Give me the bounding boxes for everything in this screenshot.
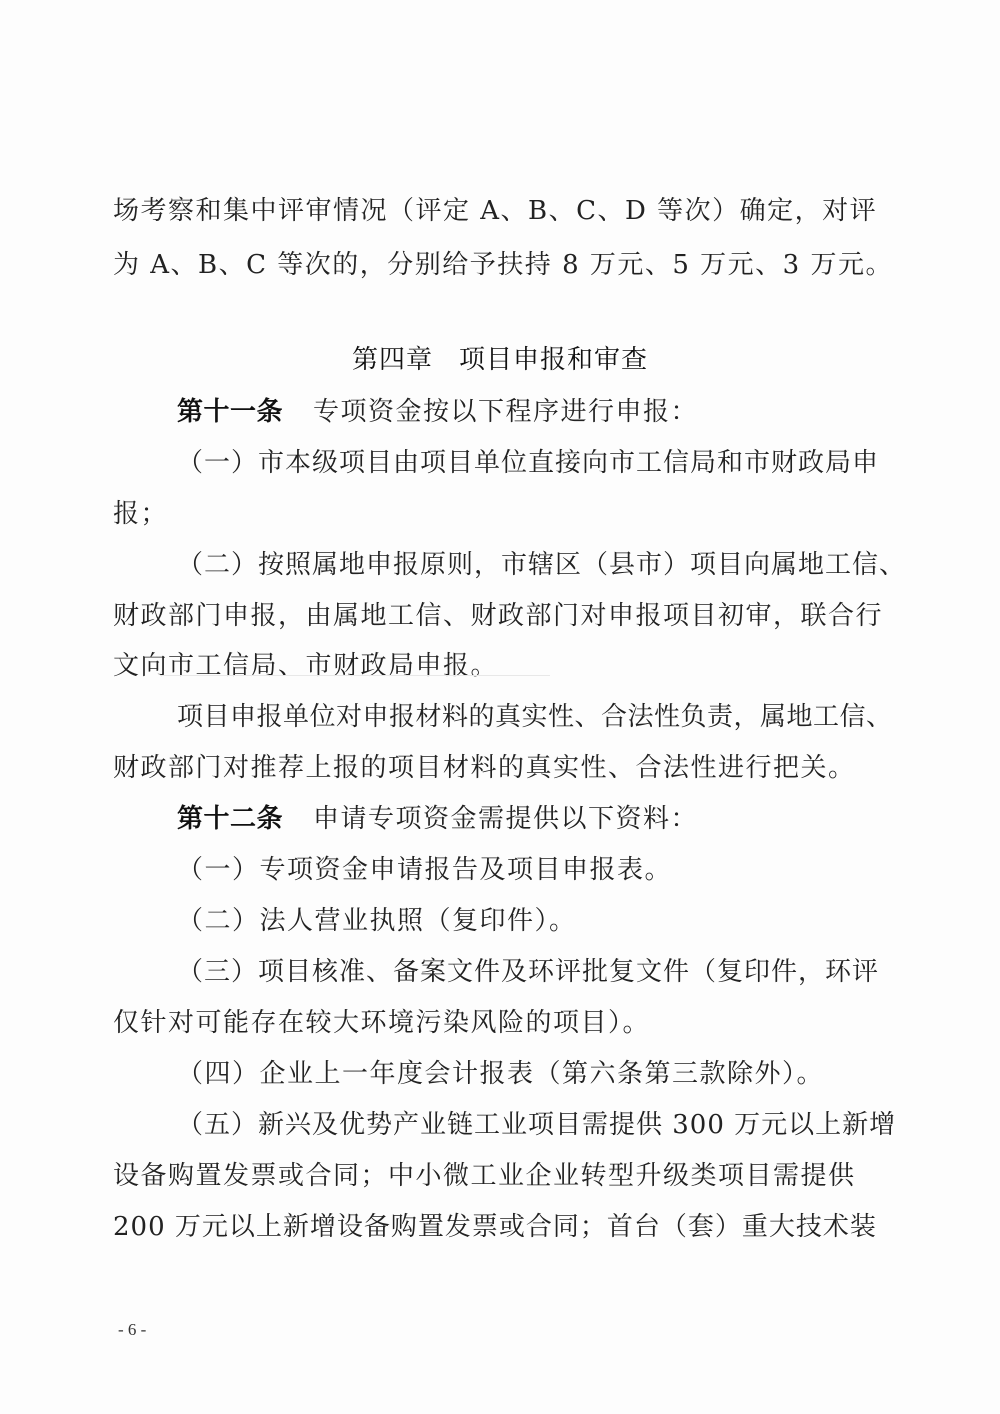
article-12-item-3-line-2: 仅针对可能存在较大环境污染风险的项目）。	[113, 1003, 863, 1043]
chapter-number: 第四章	[352, 345, 433, 375]
article-11-item-2-line-2: 财政部门申报，由属地工信、财政部门对申报项目初审，联合行	[113, 596, 863, 636]
document-page: 场考察和集中评审情况（评定 A、B、C、D 等次）确定，对评 为 A、B、C 等…	[0, 0, 1000, 1414]
article-12-item-1: （一）专项资金申请报告及项目申报表。	[177, 850, 927, 890]
article-11-item-1-line-1: （一）市本级项目由项目单位直接向市工信局和市财政局申	[177, 443, 927, 483]
article-11-item-2-line-3: 文向市工信局、市财政局申报。	[113, 646, 863, 686]
article-11-note-line-1: 项目申报单位对申报材料的真实性、合法性负责，属地工信、	[177, 697, 927, 737]
article-12-item-3-line-1: （三）项目核准、备案文件及环评批复文件（复印件，环评	[177, 952, 927, 992]
scan-artifact-rule	[160, 675, 550, 676]
continuation-line-2: 为 A、B、C 等次的，分别给予扶持 8 万元、5 万元、3 万元。	[113, 245, 863, 285]
page-number: - 6 -	[118, 1320, 146, 1340]
article-12-heading: 第十二条申请专项资金需提供以下资料：	[177, 799, 927, 839]
article-12-item-5-line-3: 200 万元以上新增设备购置发票或合同；首台（套）重大技术装	[113, 1207, 863, 1247]
article-12-text: 申请专项资金需提供以下资料：	[313, 804, 698, 834]
chapter-heading: 第四章项目申报和审查	[0, 340, 1000, 380]
article-12-item-5-line-1: （五）新兴及优势产业链工业项目需提供 300 万元以上新增	[177, 1105, 927, 1145]
article-11-item-2-line-1: （二）按照属地申报原则，市辖区（县市）项目向属地工信、	[177, 545, 927, 585]
article-11-note-line-2: 财政部门对推荐上报的项目材料的真实性、合法性进行把关。	[113, 748, 863, 788]
article-11-item-1-line-2: 报；	[113, 494, 863, 534]
continuation-line-1: 场考察和集中评审情况（评定 A、B、C、D 等次）确定，对评	[113, 191, 863, 231]
article-12-item-5-line-2: 设备购置发票或合同；中小微工业企业转型升级类项目需提供	[113, 1156, 863, 1196]
article-12-item-4: （四）企业上一年度会计报表（第六条第三款除外）。	[177, 1054, 927, 1094]
article-11-label: 第十一条	[177, 397, 283, 427]
article-11-heading: 第十一条专项资金按以下程序进行申报：	[177, 392, 927, 432]
article-12-label: 第十二条	[177, 804, 283, 834]
article-12-item-2: （二）法人营业执照（复印件）。	[177, 901, 927, 941]
article-11-text: 专项资金按以下程序进行申报：	[313, 397, 698, 427]
chapter-title: 项目申报和审查	[459, 345, 648, 375]
